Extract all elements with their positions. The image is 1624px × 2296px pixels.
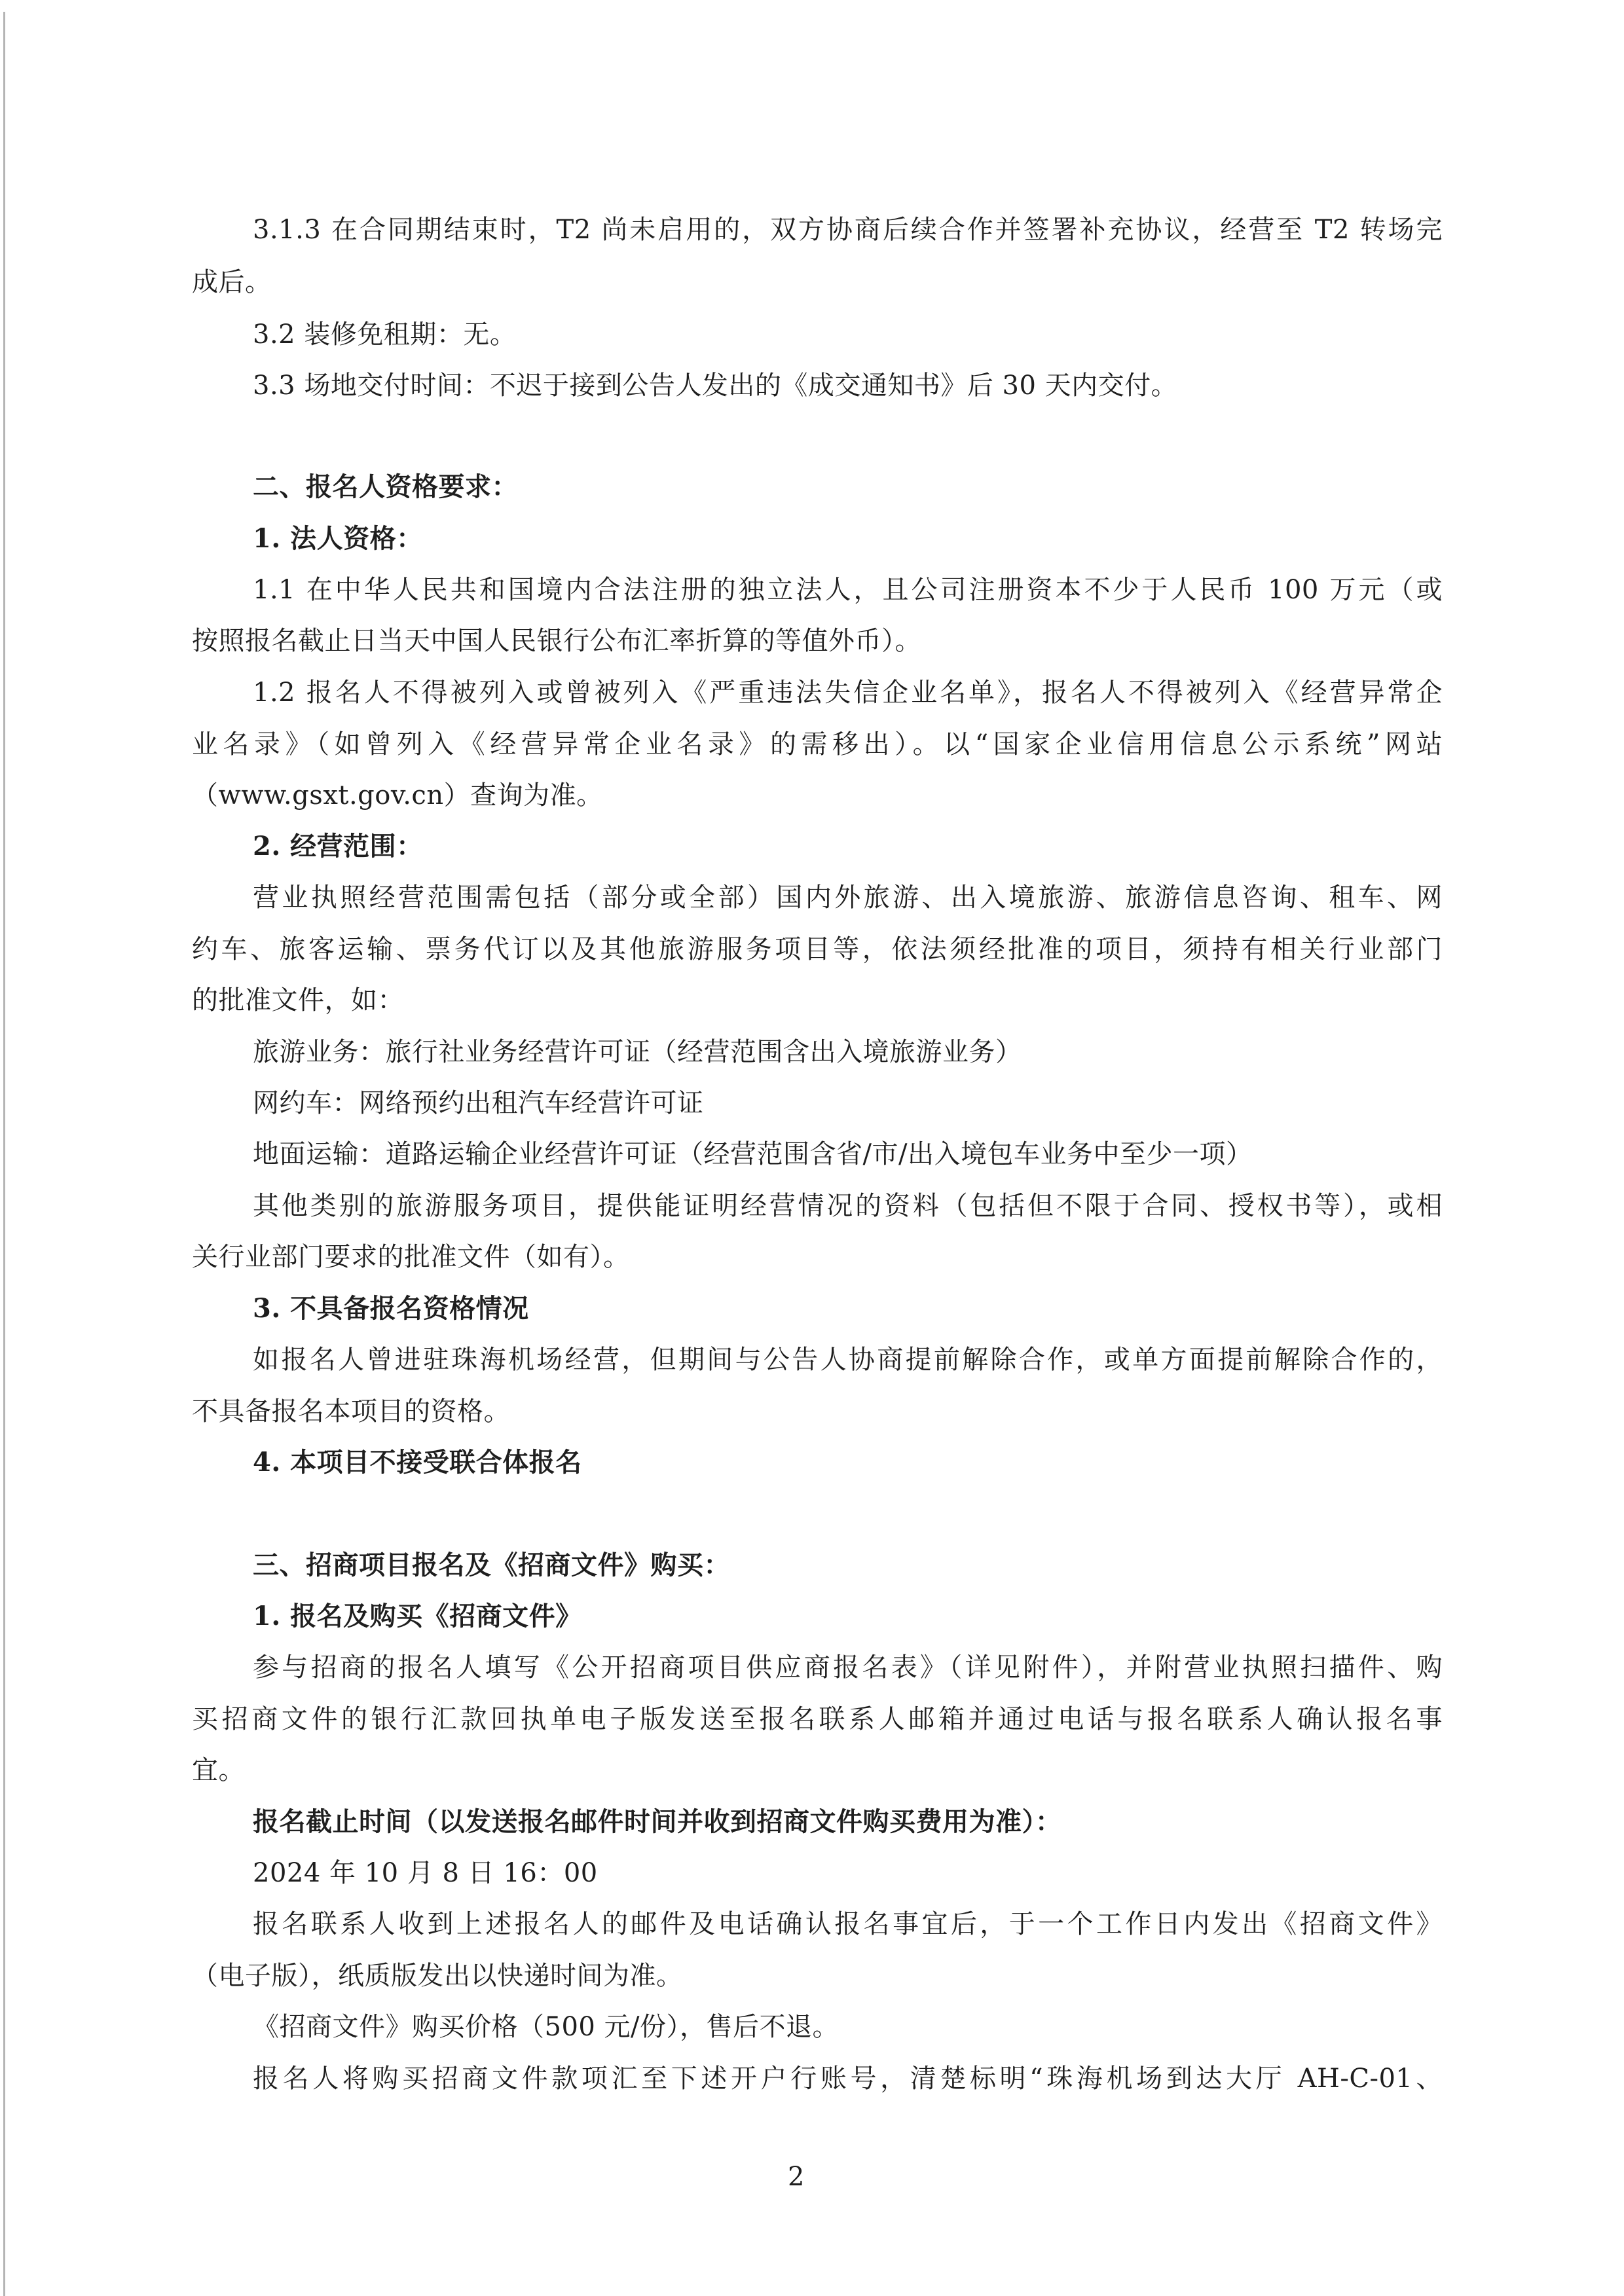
license-ride-hailing: 网约车：网络预约出租汽车经营许可证 xyxy=(253,1087,704,1120)
clause-1-1-line2: 按照报名截止日当天中国人民银行公布汇率折算的等值外币）。 xyxy=(192,625,921,657)
item-no-consortium-heading: 4. 本项目不接受联合体报名 xyxy=(253,1446,582,1479)
other-services-line2: 关行业部门要求的批准文件（如有）。 xyxy=(192,1241,630,1273)
ineligibility-line1: 如报名人曾进驻珠海机场经营，但期间与公告人协商提前解除合作，或单方面提前解除合作… xyxy=(253,1343,1443,1376)
clause-3-1-3-line2: 成后。 xyxy=(192,266,272,299)
section-two-heading: 二、报名人资格要求： xyxy=(253,471,518,503)
item-legal-entity-heading: 1. 法人资格： xyxy=(253,522,423,555)
clause-3-3: 3.3 场地交付时间：不迟于接到公告人发出的《成交通知书》后 30 天内交付。 xyxy=(253,369,1177,402)
other-services-line1: 其他类别的旅游服务项目，提供能证明经营情况的资料（包括但不限于合同、授权书等），… xyxy=(253,1190,1443,1222)
deadline-label: 报名截止时间（以发送报名邮件时间并收到招商文件购买费用为准）： xyxy=(253,1806,1062,1838)
item-register-purchase-heading: 1. 报名及购买《招商文件》 xyxy=(253,1600,582,1633)
deadline-value: 2024 年 10 月 8 日 16：00 xyxy=(253,1857,598,1889)
clause-1-1-line1: 1.1 在中华人民共和国境内合法注册的独立法人，且公司注册资本不少于人民币 10… xyxy=(253,574,1443,606)
apply-instructions-line1: 参与招商的报名人填写《公开招商项目供应商报名表》（详见附件），并附营业执照扫描件… xyxy=(253,1651,1443,1684)
clause-1-2-line1: 1.2 报名人不得被列入或曾被列入《严重违法失信企业名单》，报名人不得被列入《经… xyxy=(253,676,1443,709)
license-ground-transport: 地面运输：道路运输企业经营许可证（经营范围含省/市/出入境包车业务中至少一项） xyxy=(253,1138,1252,1171)
scan-edge-line xyxy=(3,12,5,2296)
clause-3-2: 3.2 装修免租期：无。 xyxy=(253,318,516,351)
license-travel: 旅游业务：旅行社业务经营许可证（经营范围含出入境旅游业务） xyxy=(253,1036,1022,1068)
section-three-heading: 三、招商项目报名及《招商文件》购买： xyxy=(253,1549,730,1582)
item-business-scope-heading: 2. 经营范围： xyxy=(253,830,423,863)
item-ineligibility-heading: 3. 不具备报名资格情况 xyxy=(253,1292,529,1325)
ineligibility-line2: 不具备报名本项目的资格。 xyxy=(192,1395,510,1428)
business-scope-line1: 营业执照经营范围需包括（部分或全部）国内外旅游、出入境旅游、旅游信息咨询、租车、… xyxy=(253,881,1443,914)
clause-1-2-line2: 业名录》（如曾列入《经营异常企业名录》的需移出）。以“国家企业信用信息公示系统”… xyxy=(192,728,1443,761)
clause-1-2-line3: （www.gsxt.gov.cn）查询为准。 xyxy=(192,779,603,812)
document-price: 《招商文件》购买价格（500 元/份），售后不退。 xyxy=(253,2011,839,2043)
remittance-line1: 报名人将购买招商文件款项汇至下述开户行账号，清楚标明“珠海机场到达大厅 AH-C… xyxy=(253,2062,1443,2095)
page-number: 2 xyxy=(788,2160,804,2193)
dispatch-line1: 报名联系人收到上述报名人的邮件及电话确认报名事宜后，于一个工作日内发出《招商文件… xyxy=(253,1908,1443,1941)
business-scope-line2: 约车、旅客运输、票务代订以及其他旅游服务项目等，依法须经批准的项目，须持有相关行… xyxy=(192,933,1443,966)
dispatch-line2: （电子版），纸质版发出以快递时间为准。 xyxy=(192,1959,683,1992)
apply-instructions-line3: 宜。 xyxy=(192,1754,245,1787)
clause-3-1-3-line1: 3.1.3 在合同期结束时，T2 尚未启用的，双方协商后续合作并签署补充协议，经… xyxy=(253,213,1443,246)
business-scope-line3: 的批准文件，如： xyxy=(192,984,404,1017)
apply-instructions-line2: 买招商文件的银行汇款回执单电子版发送至报名联系人邮箱并通过电话与报名联系人确认报… xyxy=(192,1703,1443,1736)
